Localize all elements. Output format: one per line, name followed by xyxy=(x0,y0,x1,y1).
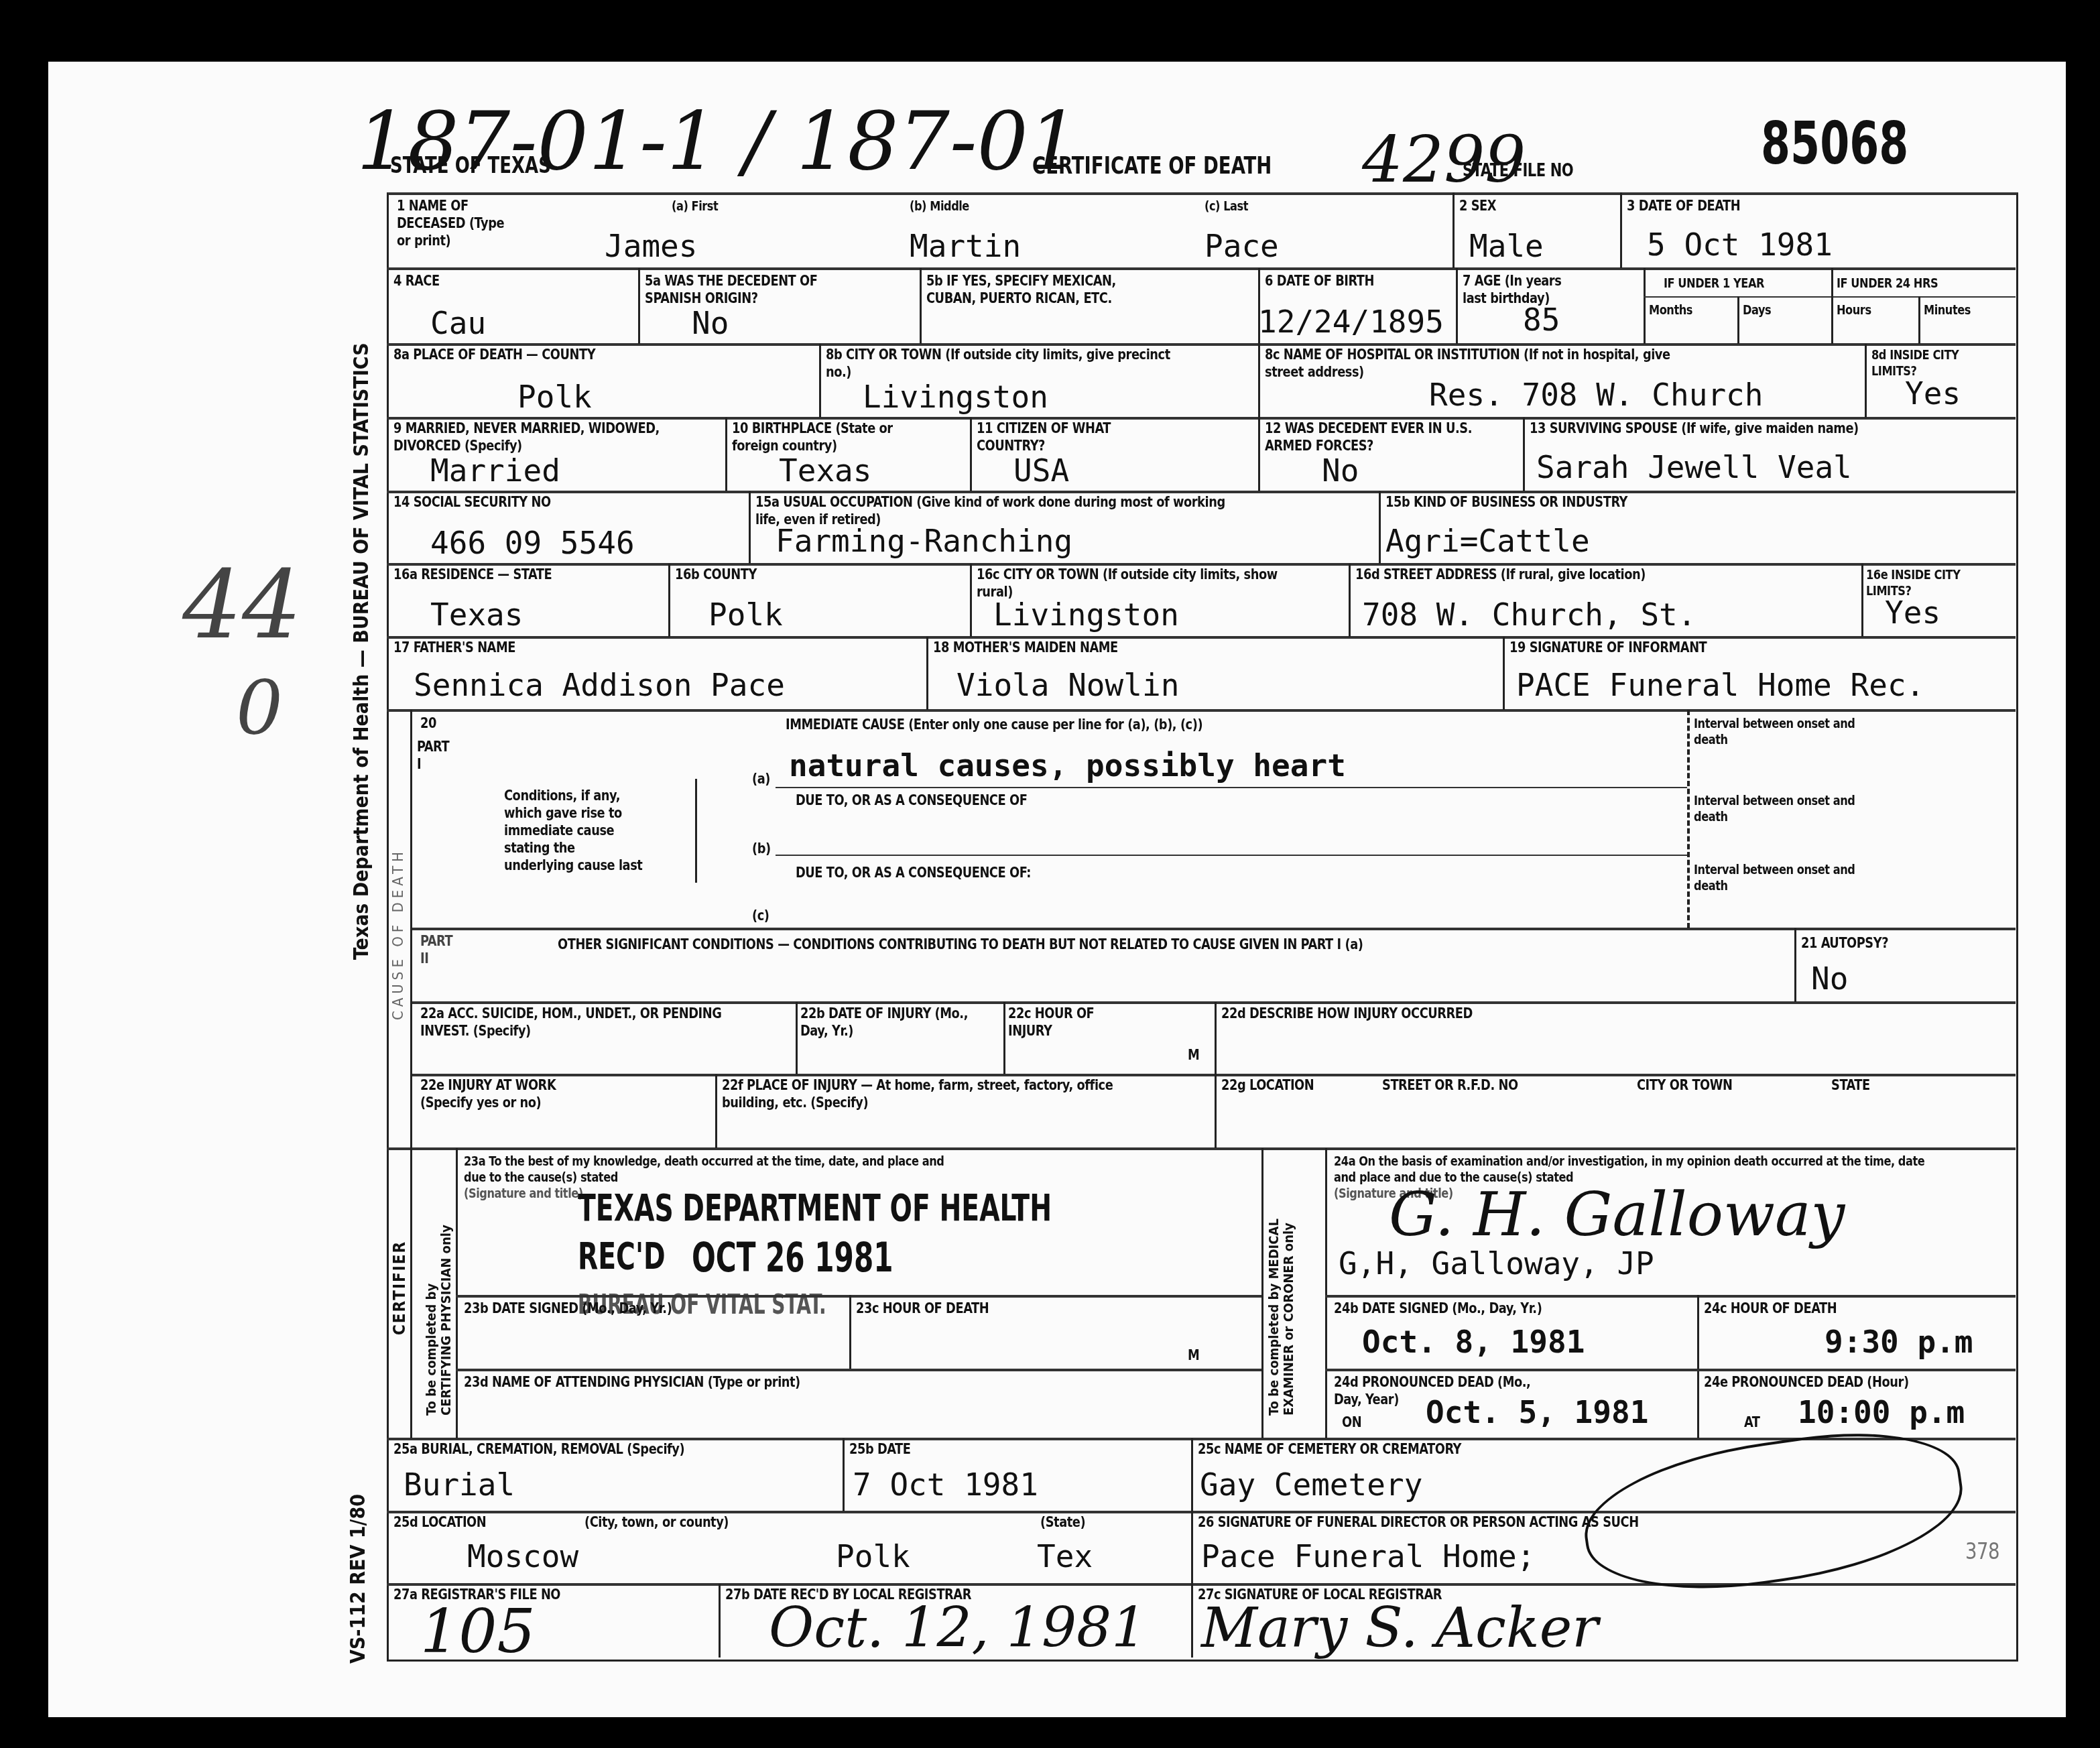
cause-line-a: natural causes, possibly heart xyxy=(789,749,1346,782)
pronounced-hour-value: 10:00 p.m xyxy=(1798,1395,1965,1429)
me-typed-name: G,H, Galloway, JP xyxy=(1339,1247,1654,1280)
age-value: 85 xyxy=(1523,303,1560,336)
injury-location-label: 22g LOCATION xyxy=(1221,1077,1314,1095)
informant-label: 19 SIGNATURE OF INFORMANT xyxy=(1509,639,1707,657)
armed-forces-label: 12 WAS DECEDENT EVER IN U.S. ARMED FORCE… xyxy=(1265,420,1476,455)
residence-state-label: 16a RESIDENCE — STATE xyxy=(393,566,552,584)
days-label: Days xyxy=(1743,302,1771,318)
margin-note-44: 44 xyxy=(182,551,302,660)
registrar-signature: Mary S. Acker xyxy=(1201,1597,1598,1660)
medical-examiner-note: To be completed by MEDICAL EXAMINER or C… xyxy=(1266,1214,1296,1416)
disposition-date-label: 25b DATE xyxy=(849,1441,911,1458)
injury-street-label: STREET OR R.F.D. NO xyxy=(1382,1077,1518,1095)
certifier-section-label: CERTIFIER xyxy=(390,1241,409,1335)
interval-label-a: Interval between onset and death xyxy=(1694,715,1875,747)
hospital-value: Res. 708 W. Church xyxy=(1429,378,1764,412)
injury-hour-label: 22c HOUR OF INJURY xyxy=(1008,1005,1129,1040)
spanish-origin-label: 5a WAS THE DECEDENT OF SPANISH ORIGIN? xyxy=(645,273,844,308)
last-name-value: Pace xyxy=(1205,229,1279,263)
minutes-label: Minutes xyxy=(1924,302,1971,318)
middle-name-label: (b) Middle xyxy=(910,198,969,214)
cemetery-label: 25c NAME OF CEMETERY OR CREMATORY xyxy=(1198,1441,1461,1458)
physician-hour-m: M xyxy=(1188,1347,1199,1365)
received-stamp-date: OCT 26 1981 xyxy=(692,1235,893,1282)
residence-state-value: Texas xyxy=(430,598,523,631)
residence-county-value: Polk xyxy=(708,598,783,631)
injury-date-label: 22b DATE OF INJURY (Mo., Day, Yr.) xyxy=(800,1005,975,1040)
spouse-value: Sarah Jewell Veal xyxy=(1536,450,1852,484)
injury-at-work-label: 22e INJURY AT WORK (Specify yes or no) xyxy=(420,1077,601,1112)
injury-place-label: 22f PLACE OF INJURY — At home, farm, str… xyxy=(722,1077,1144,1112)
cause-of-death-section-label: CAUSE OF DEATH xyxy=(390,848,407,1020)
line-a-marker: (a) xyxy=(752,771,770,788)
interval-label-c: Interval between onset and death xyxy=(1694,861,1875,893)
industry-value: Agri=Cattle xyxy=(1385,524,1590,558)
pronounced-on-label: ON xyxy=(1342,1414,1361,1432)
other-conditions-label: OTHER SIGNIFICANT CONDITIONS — CONDITION… xyxy=(558,936,1363,954)
due-to-label-1: DUE TO, OR AS A CONSEQUENCE OF xyxy=(796,792,1027,810)
burial-state-hint: (State) xyxy=(1040,1514,1085,1532)
residence-street-label: 16d STREET ADDRESS (If rural, give locat… xyxy=(1355,566,1646,584)
certifying-physician-note: To be completed by CERTIFYING PHYSICIAN … xyxy=(424,1214,453,1416)
pronounced-date-value: Oct. 5, 1981 xyxy=(1426,1395,1648,1429)
funeral-director-license: 378 xyxy=(1965,1543,1999,1560)
place-city-label: 8b CITY OR TOWN (If outside city limits,… xyxy=(826,347,1188,381)
father-label: 17 FATHER'S NAME xyxy=(393,639,515,657)
date-of-death-label: 3 DATE OF DEATH xyxy=(1627,198,1740,215)
cemetery-value: Gay Cemetery xyxy=(1200,1468,1422,1501)
conditions-note: Conditions, if any, which gave rise to i… xyxy=(504,788,643,875)
marital-value: Married xyxy=(430,454,560,487)
residence-street-value: 708 W. Church, St. xyxy=(1362,598,1696,631)
injury-state-label: STATE xyxy=(1831,1077,1870,1095)
birthplace-value: Texas xyxy=(779,454,871,487)
physician-statement: 23a To the best of my knowledge, death o… xyxy=(464,1153,965,1185)
race-value: Cau xyxy=(430,306,486,340)
spouse-label: 13 SURVIVING SPOUSE (If wife, give maide… xyxy=(1530,420,1859,438)
injury-hour-m: M xyxy=(1188,1047,1199,1064)
injury-city-label: CITY OR TOWN xyxy=(1637,1077,1732,1095)
injury-acc-label: 22a ACC. SUICIDE, HOM., UNDET., OR PENDI… xyxy=(420,1005,722,1040)
line-b-marker: (b) xyxy=(752,840,771,858)
occupation-value: Farming-Ranching xyxy=(776,524,1072,558)
first-name-value: James xyxy=(605,229,697,263)
line-c-marker: (c) xyxy=(752,908,769,925)
place-county-label: 8a PLACE OF DEATH — COUNTY xyxy=(393,347,595,364)
registrar-file-value: 105 xyxy=(420,1597,536,1667)
name-label: 1 NAME OF DECEASED (Type or print) xyxy=(397,198,517,250)
physician-signature-label: (Signature and title) xyxy=(464,1185,583,1201)
received-stamp-line2: REC'D xyxy=(578,1235,666,1278)
inside-city-16e-label: 16e INSIDE CITY LIMITS? xyxy=(1866,566,1993,599)
registrar-date-value: Oct. 12, 1981 xyxy=(769,1597,1146,1660)
citizen-label: 11 CITIZEN OF WHAT COUNTRY? xyxy=(977,420,1158,455)
residence-city-value: Livingston xyxy=(993,598,1179,631)
mother-value: Viola Nowlin xyxy=(956,668,1179,702)
place-county-value: Polk xyxy=(517,380,592,414)
funeral-director-label: 26 SIGNATURE OF FUNERAL DIRECTOR OR PERS… xyxy=(1198,1514,1639,1532)
spanish-origin-value: No xyxy=(692,306,729,340)
date-of-death-value: 5 Oct 1981 xyxy=(1647,228,1833,261)
state-file-label: STATE FILE NO xyxy=(1463,162,1573,180)
date-of-birth-label: 6 DATE OF BIRTH xyxy=(1265,273,1374,290)
armed-forces-value: No xyxy=(1322,454,1359,487)
pronounced-at-label: AT xyxy=(1744,1414,1760,1432)
certificate-title: CERTIFICATE OF DEATH xyxy=(1032,152,1272,180)
me-hour-label: 24c HOUR OF DEATH xyxy=(1704,1300,1837,1318)
sex-value: Male xyxy=(1469,229,1544,263)
burial-city-value: Moscow xyxy=(467,1540,578,1573)
mother-label: 18 MOTHER'S MAIDEN NAME xyxy=(933,639,1118,657)
physician-date-signed-label: 23b DATE SIGNED (Mo., Day, Yr.) xyxy=(464,1300,672,1318)
birthplace-label: 10 BIRTHPLACE (State or foreign country) xyxy=(732,420,937,455)
burial-location-label: 25d LOCATION xyxy=(393,1514,486,1532)
state-heading: STATE OF TEXAS xyxy=(390,152,551,179)
immediate-cause-label: IMMEDIATE CAUSE (Enter only one cause pe… xyxy=(786,716,1202,734)
informant-value: PACE Funeral Home Rec. xyxy=(1516,668,1924,702)
received-stamp-line1: TEXAS DEPARTMENT OF HEALTH xyxy=(578,1186,1052,1230)
part-2-label: PART II xyxy=(420,933,456,968)
physician-hour-label: 23c HOUR OF DEATH xyxy=(856,1300,989,1318)
hours-label: Hours xyxy=(1837,302,1871,318)
me-signature: G. H. Galloway xyxy=(1389,1180,1845,1250)
last-name-label: (c) Last xyxy=(1205,198,1248,214)
middle-name-value: Martin xyxy=(910,229,1021,263)
burial-state-value: Tex xyxy=(1037,1540,1093,1573)
race-label: 4 RACE xyxy=(393,273,440,290)
margin-note-0: 0 xyxy=(236,665,283,751)
months-label: Months xyxy=(1649,302,1692,318)
form-id: VS-112 REV 1/80 xyxy=(347,1494,370,1664)
state-file-number: 85068 xyxy=(1761,109,1908,178)
death-certificate: 187-01-1 / 187-01 STATE OF TEXAS CERTIFI… xyxy=(48,62,2066,1717)
ssn-label: 14 SOCIAL SECURITY NO xyxy=(393,494,551,511)
disposition-method-label: 25a BURIAL, CREMATION, REMOVAL (Specify) xyxy=(393,1441,684,1458)
inside-city-8d-value: Yes xyxy=(1905,377,1961,410)
under-24-hrs-label: IF UNDER 24 HRS xyxy=(1837,275,1938,291)
inside-city-8d-label: 8d INSIDE CITY LIMITS? xyxy=(1871,347,1992,379)
autopsy-label: 21 AUTOPSY? xyxy=(1801,935,1888,952)
inside-city-16e-value: Yes xyxy=(1885,596,1940,629)
father-value: Sennica Addison Pace xyxy=(414,668,785,702)
industry-label: 15b KIND OF BUSINESS OR INDUSTRY xyxy=(1385,494,1627,511)
ssn-value: 466 09 5546 xyxy=(430,526,635,560)
burial-city-hint: (City, town, or county) xyxy=(584,1514,729,1532)
burial-county-value: Polk xyxy=(836,1540,910,1573)
place-city-value: Livingston xyxy=(863,380,1048,414)
date-of-birth-value: 12/24/1895 xyxy=(1258,305,1444,338)
item-20-label: 20 xyxy=(420,715,436,733)
attending-physician-label: 23d NAME OF ATTENDING PHYSICIAN (Type or… xyxy=(464,1374,800,1391)
me-date-signed-value: Oct. 8, 1981 xyxy=(1362,1325,1585,1359)
me-date-signed-label: 24b DATE SIGNED (Mo., Day, Yr.) xyxy=(1334,1300,1542,1318)
pronounced-hour-label: 24e PRONOUNCED DEAD (Hour) xyxy=(1704,1374,1909,1391)
part-1-label: PART I xyxy=(417,739,453,773)
interval-label-b: Interval between onset and death xyxy=(1694,792,1875,824)
sex-label: 2 SEX xyxy=(1459,198,1496,215)
me-hour-value: 9:30 p.m xyxy=(1825,1325,1973,1359)
autopsy-value: No xyxy=(1811,962,1848,995)
handwritten-number: 4299 xyxy=(1362,122,1526,197)
due-to-label-2: DUE TO, OR AS A CONSEQUENCE OF: xyxy=(796,865,1031,882)
spanish-specify-label: 5b IF YES, SPECIFY MEXICAN, CUBAN, PUERT… xyxy=(926,273,1144,308)
under-1-year-label: IF UNDER 1 YEAR xyxy=(1664,275,1764,291)
agency-vertical-label: Texas Department of Health — BUREAU OF V… xyxy=(350,342,373,960)
funeral-director-value: Pace Funeral Home; xyxy=(1201,1540,1536,1573)
injury-describe-label: 22d DESCRIBE HOW INJURY OCCURRED xyxy=(1221,1005,1473,1023)
disposition-method-value: Burial xyxy=(404,1468,515,1501)
residence-county-label: 16b COUNTY xyxy=(675,566,757,584)
citizen-value: USA xyxy=(1013,454,1069,487)
first-name-label: (a) First xyxy=(672,198,718,214)
disposition-date-value: 7 Oct 1981 xyxy=(853,1468,1038,1501)
marital-label: 9 MARRIED, NEVER MARRIED, WIDOWED, DIVOR… xyxy=(393,420,671,455)
